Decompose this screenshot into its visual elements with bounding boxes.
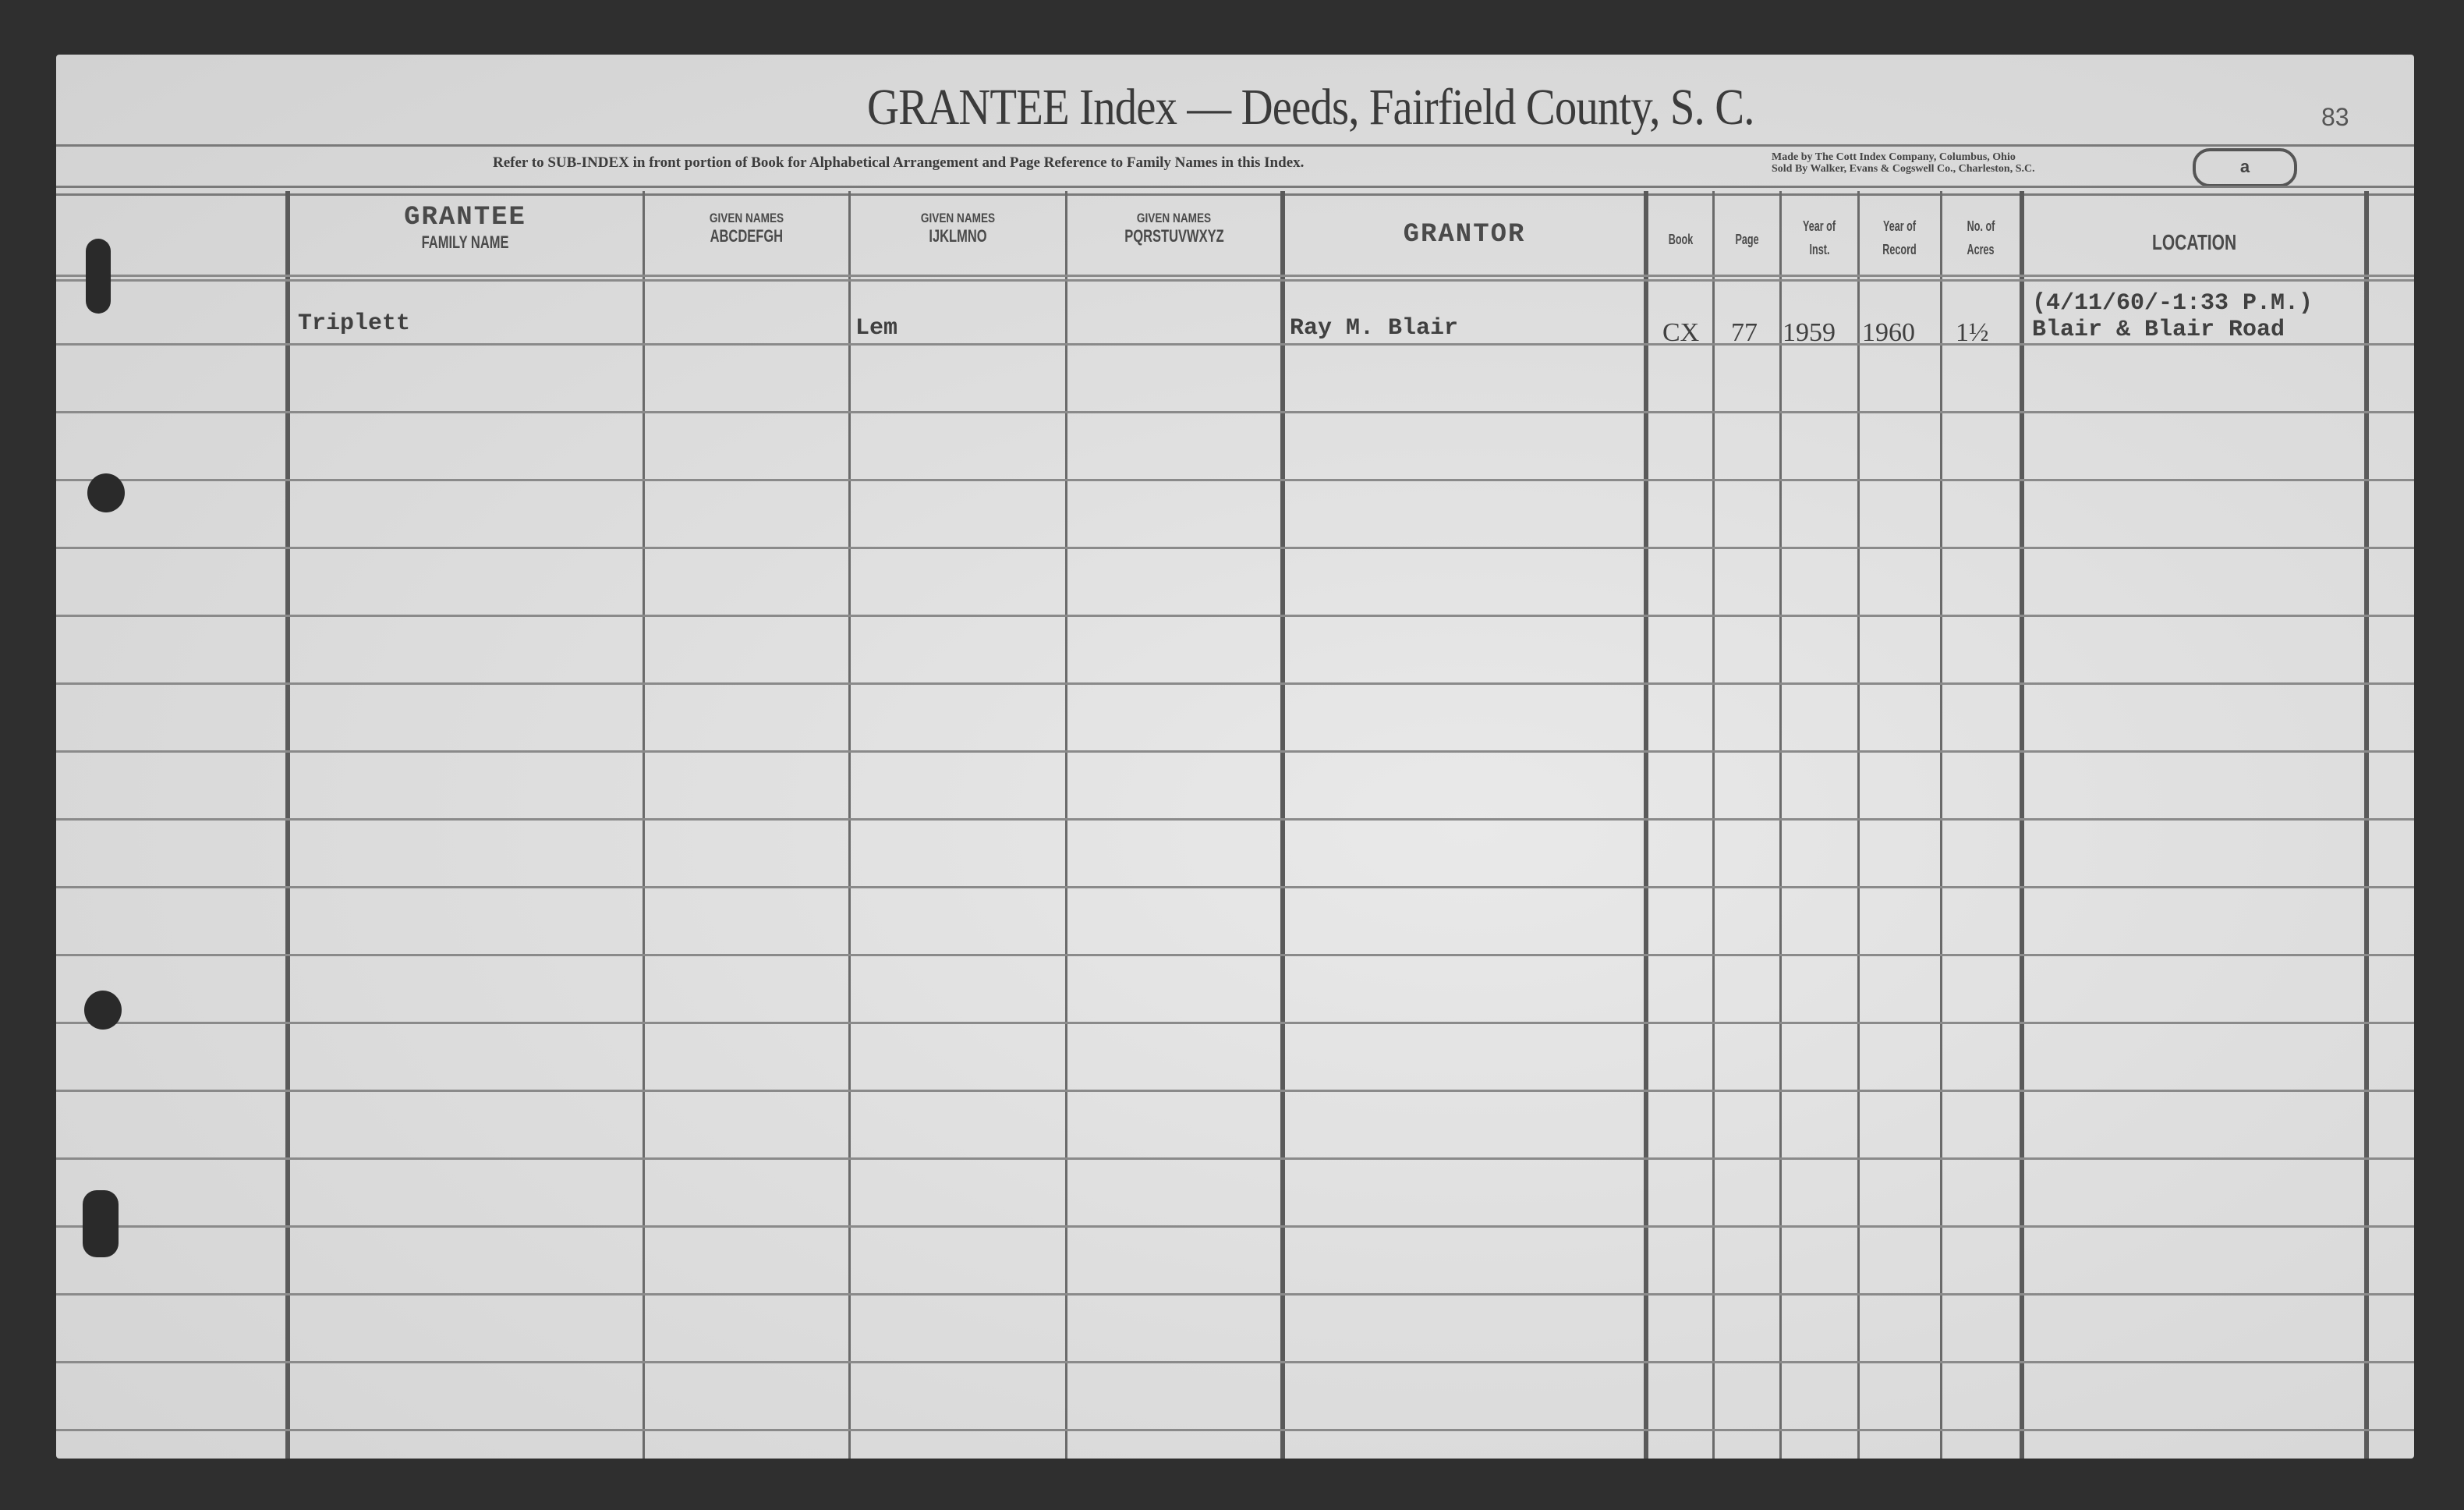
header-book: Book [1648,228,1712,251]
header-given-ijklmno: GIVEN NAMES IJKLMNO [851,211,1065,246]
maker-imprint: Made by The Cott Index Company, Columbus… [1772,151,2035,175]
column-rule [848,191,851,1459]
row-rule [56,1429,2414,1431]
family-name-cell: Triplett [298,310,410,337]
column-rule [1940,191,1942,1459]
column-rule [1857,191,1860,1459]
binder-hole [84,991,122,1030]
alphabet-tab: a [2193,148,2297,187]
header-given-abcdefgh: GIVEN NAMES ABCDEFGH [645,211,848,246]
row-rule [56,1293,2414,1296]
divider [56,144,2414,147]
column-rule [1644,191,1648,1459]
row-rule [56,615,2414,617]
sub-index-note: Refer to SUB-INDEX in front portion of B… [493,154,1304,172]
binder-slot-bottom [83,1190,119,1257]
header-given-pqrstuvwxyz: GIVEN NAMES PQRSTUVWXYZ [1067,211,1280,246]
divider [56,186,2414,188]
given-name-cell: Lem [855,315,897,342]
row-rule [56,682,2414,685]
row-rule [56,1361,2414,1363]
year-inst-cell: 1959 [1783,318,1836,348]
row-rule [56,479,2414,481]
year-record-cell: 1960 [1862,318,1915,348]
row-rule [56,343,2414,346]
column-rule [643,191,645,1459]
column-rule [2364,191,2369,1459]
row-rule [56,1225,2414,1228]
row-rule [56,750,2414,753]
page-cell: 77 [1731,318,1758,348]
acres-cell: 1½ [1956,318,1989,348]
column-rule [1712,191,1715,1459]
column-rule [1779,191,1782,1459]
divider [56,193,2414,196]
location-cell: (4/11/60/-1:33 P.M.) Blair & Blair Road [2032,290,2313,343]
column-rule [1065,191,1067,1459]
row-rule [56,1022,2414,1024]
grantor-cell: Ray M. Blair [1290,315,1458,342]
book-cell: CX [1662,318,1699,348]
header-page: Page [1715,228,1779,251]
location-line-2: Blair & Blair Road [2032,317,2313,343]
row-rule [56,954,2414,956]
header-year-inst: Year of Inst. [1782,214,1857,261]
header-grantee: GRANTEE FAMILY NAME [288,203,643,253]
margin-rule [285,191,290,1459]
row-rule [56,279,2414,282]
header-grantor: GRANTOR [1285,220,1644,250]
page-number: 83 [2321,103,2349,132]
page-title: GRANTEE Index — Deeds, Fairfield County,… [867,78,1754,137]
row-rule [56,411,2414,413]
row-rule [56,1157,2414,1160]
header-acres: No. of Acres [1942,214,2020,261]
column-rule [2020,191,2024,1459]
header-location: LOCATION [2024,230,2364,255]
maker-line-1: Made by The Cott Index Company, Columbus… [1772,151,2035,163]
binder-hole [87,473,125,512]
index-card: GRANTEE Index — Deeds, Fairfield County,… [56,55,2414,1459]
row-rule [56,886,2414,888]
header-year-record: Year of Record [1860,214,1940,261]
binder-slot-top [86,239,111,314]
row-rule [56,547,2414,549]
row-rule [56,275,2414,277]
column-rule [1280,191,1285,1459]
row-rule [56,1090,2414,1092]
row-rule [56,818,2414,821]
location-line-1: (4/11/60/-1:33 P.M.) [2032,290,2313,317]
maker-line-2: Sold By Walker, Evans & Cogswell Co., Ch… [1772,163,2035,175]
